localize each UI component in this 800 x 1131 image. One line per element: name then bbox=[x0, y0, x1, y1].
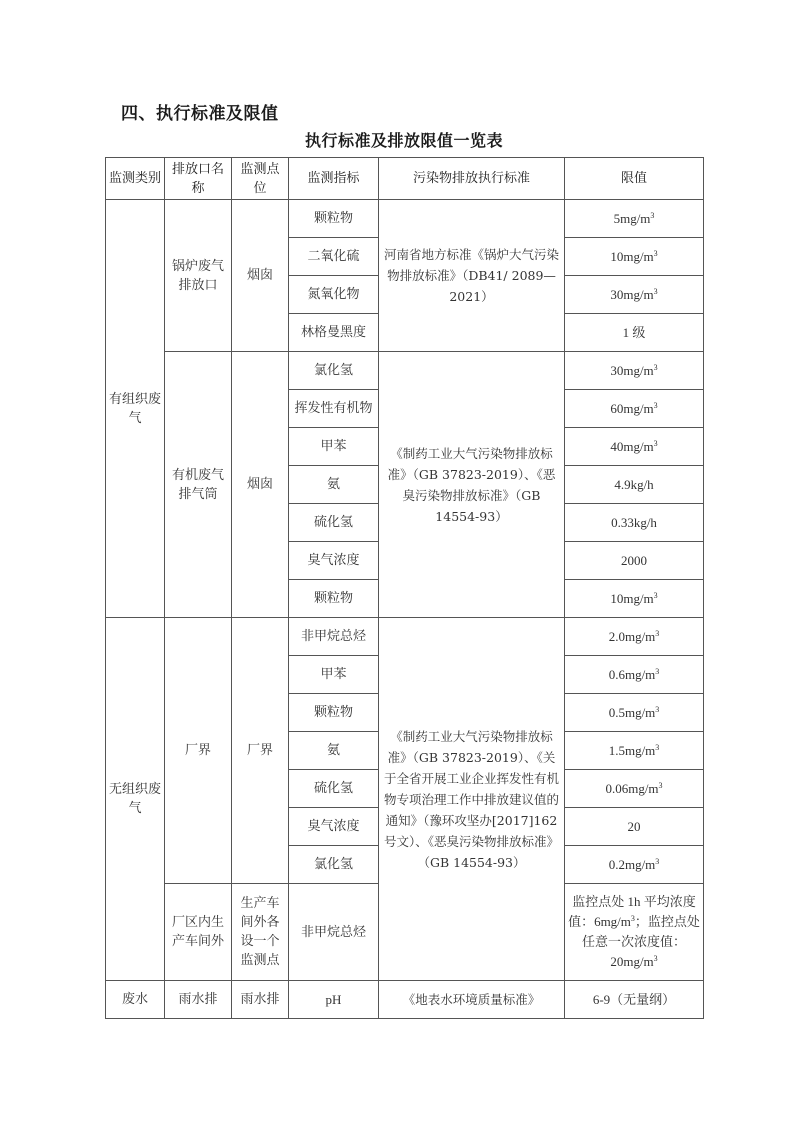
point-cell: 厂界 bbox=[232, 618, 289, 884]
point-cell: 生产车间外各设一个监测点 bbox=[232, 884, 289, 981]
limit-cell: 0.6mg/m3 bbox=[565, 656, 704, 694]
limit-cell: 0.33kg/h bbox=[565, 504, 704, 542]
indicator-cell: 非甲烷总烃 bbox=[289, 884, 379, 981]
table-row: 有组织废气 锅炉废气排放口 烟囱 颗粒物 河南省地方标准《锅炉大气污染物排放标准… bbox=[106, 200, 704, 238]
header-indicator: 监测指标 bbox=[289, 158, 379, 200]
outlet-cell: 有机废气排气筒 bbox=[165, 352, 232, 618]
indicator-cell: 氨 bbox=[289, 466, 379, 504]
indicator-cell: 颗粒物 bbox=[289, 200, 379, 238]
indicator-cell: 臭气浓度 bbox=[289, 808, 379, 846]
limit-cell: 10mg/m3 bbox=[565, 238, 704, 276]
indicator-cell: 氯化氢 bbox=[289, 352, 379, 390]
category-cell: 无组织废气 bbox=[106, 618, 165, 981]
limit-cell: 1 级 bbox=[565, 314, 704, 352]
limit-cell: 20 bbox=[565, 808, 704, 846]
section-heading: 四、执行标准及限值 bbox=[121, 99, 279, 124]
header-category: 监测类别 bbox=[106, 158, 165, 200]
table-caption: 执行标准及排放限值一览表 bbox=[0, 128, 800, 151]
table-row: 无组织废气 厂界 厂界 非甲烷总烃 《制药工业大气污染物排放标准》（GB 378… bbox=[106, 618, 704, 656]
standards-table: 监测类别 排放口名称 监测点位 监测指标 污染物排放执行标准 限值 有组织废气 … bbox=[105, 157, 704, 1019]
header-point: 监测点位 bbox=[232, 158, 289, 200]
indicator-cell: 二氧化硫 bbox=[289, 238, 379, 276]
indicator-cell: 臭气浓度 bbox=[289, 542, 379, 580]
table-row: 有机废气排气筒 烟囱 氯化氢 《制药工业大气污染物排放标准》（GB 37823-… bbox=[106, 352, 704, 390]
limit-cell: 30mg/m3 bbox=[565, 276, 704, 314]
indicator-cell: 林格曼黑度 bbox=[289, 314, 379, 352]
limit-cell: 0.06mg/m3 bbox=[565, 770, 704, 808]
standard-cell: 河南省地方标准《锅炉大气污染物排放标准》（DB41/ 2089—2021） bbox=[379, 200, 565, 352]
indicator-cell: 挥发性有机物 bbox=[289, 390, 379, 428]
limit-cell: 5mg/m3 bbox=[565, 200, 704, 238]
outlet-cell: 锅炉废气排放口 bbox=[165, 200, 232, 352]
outlet-cell: 厂界 bbox=[165, 618, 232, 884]
header-standard: 污染物排放执行标准 bbox=[379, 158, 565, 200]
point-cell: 雨水排 bbox=[232, 981, 289, 1019]
standard-cell: 《地表水环境质量标准》 bbox=[379, 981, 565, 1019]
limit-cell: 监控点处 1h 平均浓度值：6mg/m3；监控点处任意一次浓度值：20mg/m3 bbox=[565, 884, 704, 981]
indicator-cell: 非甲烷总烃 bbox=[289, 618, 379, 656]
indicator-cell: 氮氧化物 bbox=[289, 276, 379, 314]
point-cell: 烟囱 bbox=[232, 200, 289, 352]
header-outlet: 排放口名称 bbox=[165, 158, 232, 200]
limit-cell: 1.5mg/m3 bbox=[565, 732, 704, 770]
limit-cell: 6-9（无量纲） bbox=[565, 981, 704, 1019]
indicator-cell: 硫化氢 bbox=[289, 504, 379, 542]
outlet-cell: 厂区内生产车间外 bbox=[165, 884, 232, 981]
indicator-cell: 氯化氢 bbox=[289, 846, 379, 884]
indicator-cell: 甲苯 bbox=[289, 428, 379, 466]
table-header-row: 监测类别 排放口名称 监测点位 监测指标 污染物排放执行标准 限值 bbox=[106, 158, 704, 200]
indicator-cell: 颗粒物 bbox=[289, 694, 379, 732]
limit-cell: 10mg/m3 bbox=[565, 580, 704, 618]
limit-cell: 4.9kg/h bbox=[565, 466, 704, 504]
indicator-cell: 硫化氢 bbox=[289, 770, 379, 808]
limit-cell: 0.5mg/m3 bbox=[565, 694, 704, 732]
standard-cell: 《制药工业大气污染物排放标准》（GB 37823-2019）、《关于全省开展工业… bbox=[379, 618, 565, 981]
indicator-cell: pH bbox=[289, 981, 379, 1019]
category-cell: 有组织废气 bbox=[106, 200, 165, 618]
limit-cell: 2000 bbox=[565, 542, 704, 580]
limit-cell: 60mg/m3 bbox=[565, 390, 704, 428]
limit-cell: 0.2mg/m3 bbox=[565, 846, 704, 884]
indicator-cell: 氨 bbox=[289, 732, 379, 770]
indicator-cell: 甲苯 bbox=[289, 656, 379, 694]
limit-cell: 40mg/m3 bbox=[565, 428, 704, 466]
indicator-cell: 颗粒物 bbox=[289, 580, 379, 618]
header-limit: 限值 bbox=[565, 158, 704, 200]
point-cell: 烟囱 bbox=[232, 352, 289, 618]
limit-cell: 30mg/m3 bbox=[565, 352, 704, 390]
outlet-cell: 雨水排 bbox=[165, 981, 232, 1019]
table-row: 废水 雨水排 雨水排 pH 《地表水环境质量标准》 6-9（无量纲） bbox=[106, 981, 704, 1019]
standard-cell: 《制药工业大气污染物排放标准》（GB 37823-2019）、《恶臭污染物排放标… bbox=[379, 352, 565, 618]
category-cell: 废水 bbox=[106, 981, 165, 1019]
limit-cell: 2.0mg/m3 bbox=[565, 618, 704, 656]
